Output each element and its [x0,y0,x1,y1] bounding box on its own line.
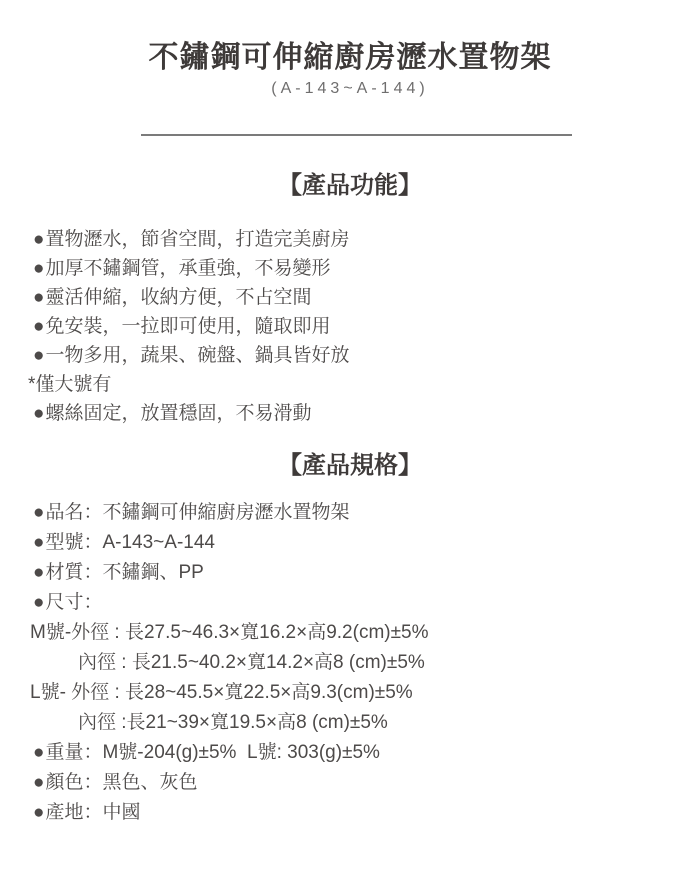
feature-text: 置物瀝水，節省空間，打造完美廚房 [45,229,349,250]
feature-text: 一物多用，蔬果、碗盤、鍋具皆好放 [45,345,349,366]
feature-item: ●一物多用，蔬果、碗盤、鍋具皆好放 [0,341,700,370]
bullet-icon: ● [33,592,44,613]
feature-item: ●置物瀝水，節省空間，打造完美廚房 [0,225,700,254]
spec-text: 內徑 : 長21.5~40.2×寬14.2×高8 (cm)±5% [78,652,425,673]
feature-text: 螺絲固定，放置穩固，不易滑動 [45,403,311,424]
bullet-icon: ● [33,502,44,523]
feature-item: ●免安裝，一拉即可使用，隨取即用 [0,312,700,341]
bullet-icon: ● [33,532,44,553]
bullet-icon: ● [33,229,44,250]
features-section-heading: 【產品功能】 [0,170,700,202]
feature-text: 加厚不鏽鋼管，承重強，不易變形 [45,258,330,279]
spec-item-origin: ●產地：中國 [0,798,700,828]
spec-text: 材質：不鏽鋼、PP [45,562,203,583]
page-title: 不鏽鋼可伸縮廚房瀝水置物架 [0,40,700,76]
spec-text: 重量：M號-204(g)±5% L號: 303(g)±5% [45,742,379,763]
spec-item-material: ●材質：不鏽鋼、PP [0,558,700,588]
product-spec-sheet: 不鏽鋼可伸縮廚房瀝水置物架 (A-143~A-144) 【產品功能】 ●置物瀝水… [0,0,700,880]
model-range-subtitle: (A-143~A-144) [0,78,700,100]
spec-dimension-l-inner: 內徑 :長21~39×寬19.5×高8 (cm)±5% [0,708,700,738]
spec-text: M號-外徑 : 長27.5~46.3×寬16.2×高9.2(cm)±5% [30,622,429,643]
spec-text: 產地：中國 [45,802,140,823]
feature-note: *僅大號有 [0,370,700,399]
spec-text: 型號：A-143~A-144 [45,532,215,553]
spec-item-size-label: ●尺寸： [0,588,700,618]
spec-text: 顏色：黑色、灰色 [45,772,197,793]
specs-list: ●品名：不鏽鋼可伸縮廚房瀝水置物架 ●型號：A-143~A-144 ●材質：不鏽… [0,498,700,828]
feature-text: 免安裝，一拉即可使用，隨取即用 [45,316,330,337]
feature-item: ●靈活伸縮，收納方便，不占空間 [0,283,700,312]
bullet-icon: ● [33,562,44,583]
feature-note-text: *僅大號有 [28,374,111,395]
spec-text: 品名：不鏽鋼可伸縮廚房瀝水置物架 [45,502,349,523]
divider-line [141,134,572,136]
spec-item-weight: ●重量：M號-204(g)±5% L號: 303(g)±5% [0,738,700,768]
bullet-icon: ● [33,258,44,279]
bullet-icon: ● [33,772,44,793]
spec-dimension-m-inner: 內徑 : 長21.5~40.2×寬14.2×高8 (cm)±5% [0,648,700,678]
features-list: ●置物瀝水，節省空間，打造完美廚房 ●加厚不鏽鋼管，承重強，不易變形 ●靈活伸縮… [0,225,700,428]
bullet-icon: ● [33,316,44,337]
bullet-icon: ● [33,287,44,308]
spec-item-product-name: ●品名：不鏽鋼可伸縮廚房瀝水置物架 [0,498,700,528]
bullet-icon: ● [33,345,44,366]
spec-text: 內徑 :長21~39×寬19.5×高8 (cm)±5% [78,712,388,733]
spec-item-color: ●顏色：黑色、灰色 [0,768,700,798]
spec-text: 尺寸： [45,592,102,613]
specs-section-heading: 【產品規格】 [0,450,700,482]
feature-text: 靈活伸縮，收納方便，不占空間 [45,287,311,308]
spec-text: L號- 外徑 : 長28~45.5×寬22.5×高9.3(cm)±5% [30,682,413,703]
feature-item: ●加厚不鏽鋼管，承重強，不易變形 [0,254,700,283]
bullet-icon: ● [33,742,44,763]
spec-dimension-l-outer: L號- 外徑 : 長28~45.5×寬22.5×高9.3(cm)±5% [0,678,700,708]
spec-item-model-number: ●型號：A-143~A-144 [0,528,700,558]
spec-dimension-m-outer: M號-外徑 : 長27.5~46.3×寬16.2×高9.2(cm)±5% [0,618,700,648]
feature-item: ●螺絲固定，放置穩固，不易滑動 [0,399,700,428]
bullet-icon: ● [33,802,44,823]
bullet-icon: ● [33,403,44,424]
